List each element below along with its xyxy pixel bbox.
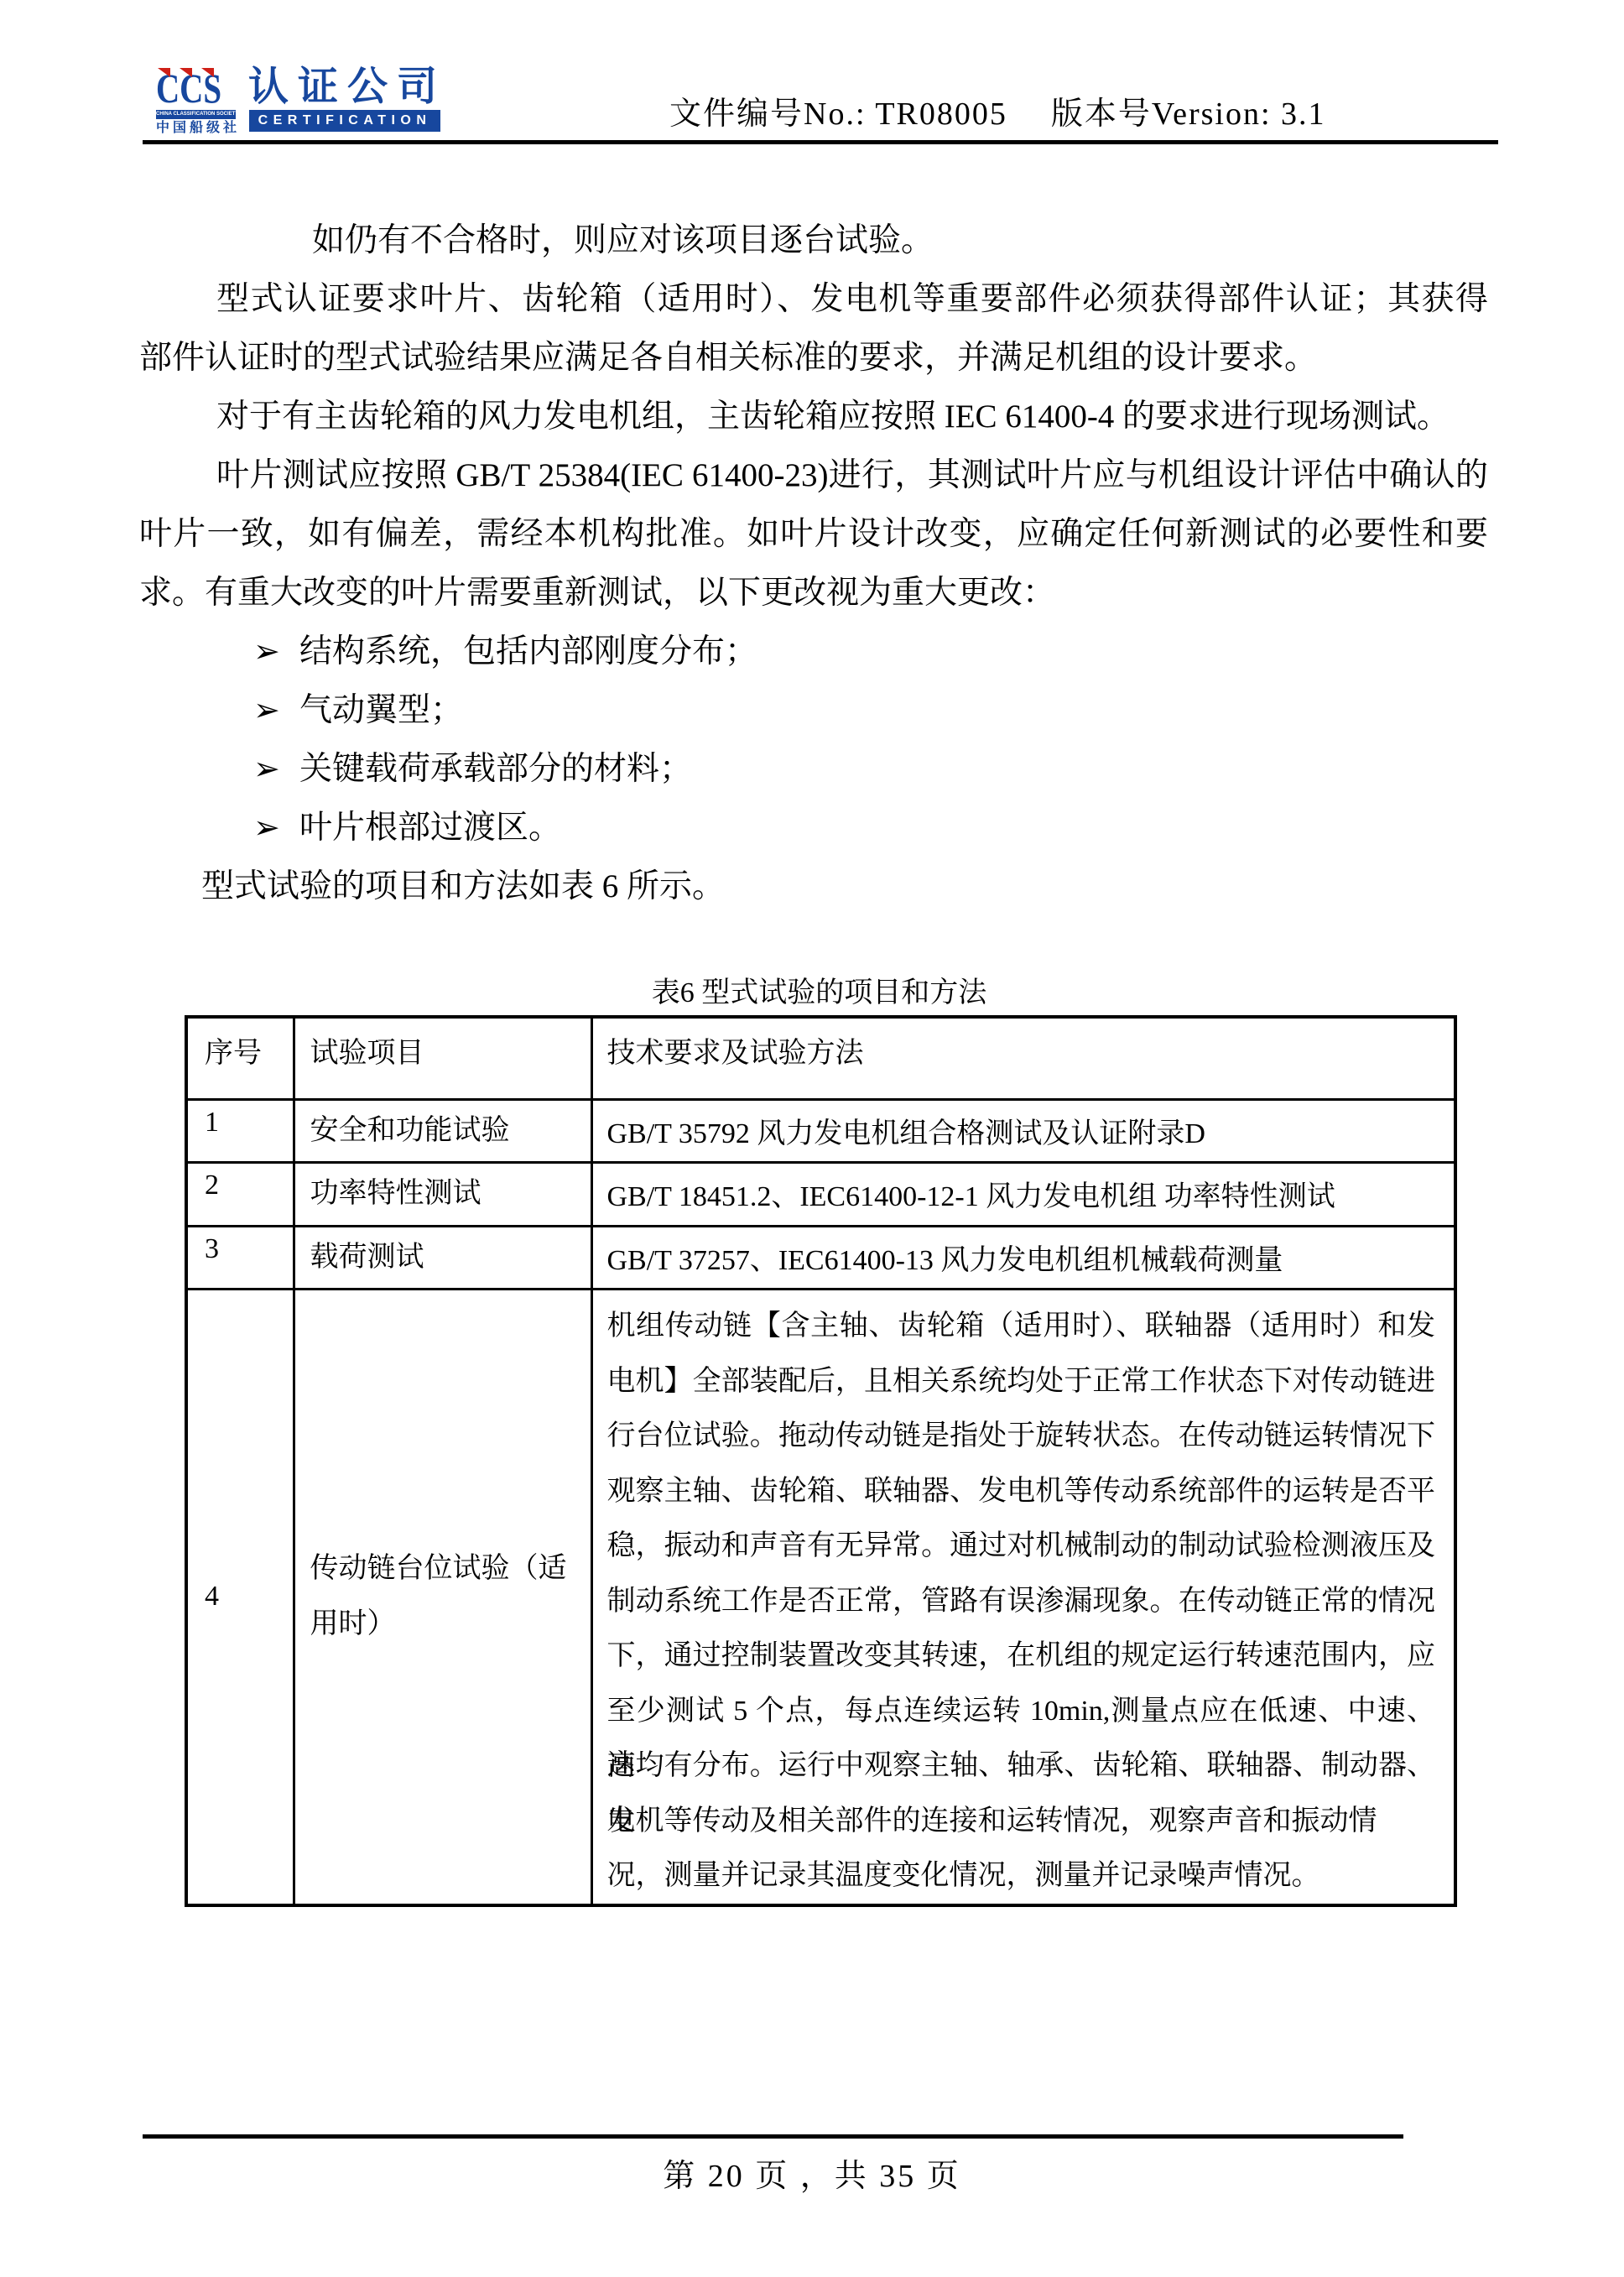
table-caption: 表6 型式试验的项目和方法 (185, 977, 1454, 1010)
bullet-text: 关键载荷承载部分的材料； (299, 751, 692, 787)
test-item-cell: 载荷测试 (294, 1226, 591, 1290)
table-row: 3载荷测试GB/T 37257、IEC61400-13 风力发电机组机械载荷测量 (186, 1226, 1455, 1290)
footer-rule (143, 2134, 1403, 2139)
ccs-logo-letters: CCS (156, 70, 219, 106)
method-line: 制动系统工作是否正常，管路有误渗漏现象。在传动链正常的情况 (607, 1574, 1436, 1629)
arrow-bullet-icon: ➢ (253, 799, 280, 857)
table-row: 1安全和功能试验GB/T 35792 风力发电机组合格测试及认证附录D (186, 1099, 1455, 1163)
ccs-logo: CCS CHINA CLASSIFICATION SOCIETY 中国船级社 认… (156, 70, 458, 141)
bullet-item: ➢关键载荷承载部分的材料； (139, 740, 1488, 799)
body-line: 对于有主齿轮箱的风力发电机组，主齿轮箱应按照 IEC 61400-4 的要求进行… (139, 388, 1488, 446)
test-item-cell: 安全和功能试验 (294, 1099, 591, 1163)
bullet-item: ➢结构系统，包括内部刚度分布； (139, 623, 1488, 681)
method-line: 行台位试验。拖动传动链是指处于旋转状态。在传动链运转情况下 (607, 1409, 1436, 1464)
table-header-row: 序号试验项目技术要求及试验方法 (186, 1017, 1455, 1099)
method-line: 至少测试 5 个点，每点连续运转 10min,测量点应在低速、中速、高 (607, 1684, 1436, 1739)
type-test-table: 序号试验项目技术要求及试验方法 1安全和功能试验GB/T 35792 风力发电机… (185, 1015, 1457, 1907)
society-name: 中国船级社 (156, 121, 236, 136)
row-number-cell: 3 (186, 1226, 294, 1290)
method-line: 电机等传动及相关部件的连接和运转情况，观察声音和振动情 (607, 1794, 1436, 1849)
column-header: 技术要求及试验方法 (591, 1017, 1455, 1099)
row-number-cell: 4 (186, 1290, 294, 1905)
method-line: GB/T 37257、IEC61400-13 风力发电机组机械载荷测量 (607, 1233, 1436, 1289)
body-line: 如仍有不合格时，则应对该项目逐台试验。 (139, 211, 1488, 270)
method-cell: GB/T 18451.2、IEC61400-12-1 风力发电机组 功率特性测试 (591, 1163, 1455, 1227)
bullet-item: ➢气动翼型； (139, 681, 1488, 740)
society-bar: CHINA CLASSIFICATION SOCIETY (156, 110, 236, 119)
arrow-bullet-icon: ➢ (253, 740, 280, 799)
body-line: 部件认证时的型式试验结果应满足各自相关标准的要求，并满足机组的设计要求。 (139, 329, 1488, 388)
table-row: 2功率特性测试GB/T 18451.2、IEC61400-12-1 风力发电机组… (186, 1163, 1455, 1227)
body-text: 如仍有不合格时，则应对该项目逐台试验。型式认证要求叶片、齿轮箱（适用时）、发电机… (139, 211, 1488, 916)
body-line: 型式认证要求叶片、齿轮箱（适用时）、发电机等重要部件必须获得部件认证；其获得 (139, 270, 1488, 329)
test-item-cell: 传动链台位试验（适用时） (294, 1290, 591, 1905)
row-number-cell: 1 (186, 1099, 294, 1163)
arrow-bullet-icon: ➢ (253, 681, 280, 740)
method-line: 电机】全部装配后，且相关系统均处于正常工作状态下对传动链进 (607, 1354, 1436, 1409)
row-number-cell: 2 (186, 1163, 294, 1227)
body-line: 求。有重大改变的叶片需要重新测试，以下更改视为重大更改： (139, 564, 1488, 623)
certification-bar: CERTIFICATION (249, 110, 440, 132)
method-line: 速均有分布。运行中观察主轴、轴承、齿轮箱、联轴器、制动器、发 (607, 1738, 1436, 1794)
method-line: 况，测量并记录其温度变化情况，测量并记录噪声情况。 (607, 1848, 1436, 1904)
method-line: 机组传动链【含主轴、齿轮箱（适用时）、联轴器（适用时）和发 (607, 1299, 1436, 1354)
test-item-cell: 功率特性测试 (294, 1163, 591, 1227)
method-cell: GB/T 37257、IEC61400-13 风力发电机组机械载荷测量 (591, 1226, 1455, 1290)
document-info: 文件编号No.: TR08005版本号Version: 3.1 (669, 94, 1326, 134)
table-row: 4传动链台位试验（适用时）机组传动链【含主轴、齿轮箱（适用时）、联轴器（适用时）… (186, 1290, 1455, 1905)
method-cell: 机组传动链【含主轴、齿轮箱（适用时）、联轴器（适用时）和发电机】全部装配后，且相… (591, 1290, 1455, 1905)
bullet-text: 叶片根部过渡区。 (299, 810, 561, 846)
bullet-item: ➢叶片根部过渡区。 (139, 799, 1488, 857)
method-cell: GB/T 35792 风力发电机组合格测试及认证附录D (591, 1099, 1455, 1163)
method-line: 稳，振动和声音有无异常。通过对机械制动的制动试验检测液压及 (607, 1519, 1436, 1574)
company-name: 认证公司 (248, 67, 446, 107)
document-page: CCS CHINA CLASSIFICATION SOCIETY 中国船级社 认… (0, 0, 1624, 2277)
method-line: 下，通过控制装置改变其转速，在机组的规定运行转速范围内，应 (607, 1628, 1436, 1684)
arrow-bullet-icon: ➢ (253, 623, 280, 681)
column-header: 试验项目 (294, 1017, 591, 1099)
body-line: 型式试验的项目和方法如表 6 所示。 (139, 857, 1488, 916)
version-number: 版本号Version: 3.1 (1051, 96, 1326, 132)
doc-number: 文件编号No.: TR08005 (669, 96, 1007, 132)
column-header: 序号 (186, 1017, 294, 1099)
method-line: GB/T 35792 风力发电机组合格测试及认证附录D (607, 1107, 1436, 1162)
bullet-text: 气动翼型； (299, 692, 463, 728)
method-line: GB/T 18451.2、IEC61400-12-1 风力发电机组 功率特性测试 (607, 1170, 1436, 1225)
body-line: 叶片一致，如有偏差，需经本机构批准。如叶片设计改变，应确定任何新测试的必要性和要 (139, 505, 1488, 564)
page-number: 第 20 页 ，共 35 页 (0, 2149, 1624, 2196)
method-line: 观察主轴、齿轮箱、联轴器、发电机等传动系统部件的运转是否平 (607, 1464, 1436, 1519)
header-rule (143, 140, 1498, 144)
bullet-text: 结构系统，包括内部刚度分布； (299, 633, 757, 670)
body-line: 叶片测试应按照 GB/T 25384(IEC 61400-23)进行，其测试叶片… (139, 446, 1488, 505)
